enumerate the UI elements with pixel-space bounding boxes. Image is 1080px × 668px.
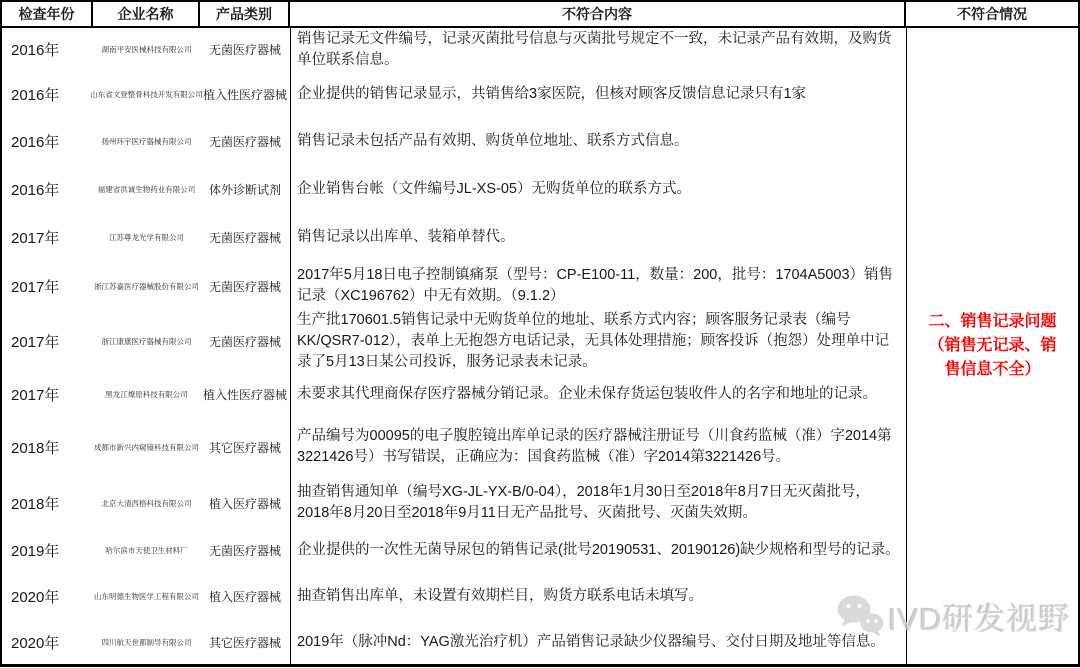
category-cell: 其它医疗器械 [200, 416, 290, 478]
table-row: 2019年哈尔滨市天使卫生材料厂无菌医疗器械企业提供的一次性无菌导尿包的销售记录… [2, 528, 906, 573]
company-cell-text: 山东明德生物医学工程有限公司 [94, 591, 199, 602]
category-cell: 无菌医疗器械 [200, 28, 290, 71]
company-cell: 黑龙江燎原科技有限公司 [93, 372, 200, 416]
company-cell-text: 哈尔滨市天使卫生材料厂 [105, 545, 188, 556]
table-row: 2016年扬州环宇医疗器械有限公司无菌医疗器械销售记录未包括产品有效期、购货单位… [2, 118, 906, 165]
year-cell-text: 2018年 [11, 493, 59, 514]
category-cell-text: 无菌医疗器械 [209, 542, 281, 559]
company-cell: 湖南平安医械科技有限公司 [93, 28, 200, 71]
year-cell: 2017年 [2, 311, 93, 372]
year-cell-text: 2017年 [11, 384, 59, 405]
year-cell: 2017年 [2, 213, 93, 261]
company-cell-text: 成都市新兴内窥镜科技有限公司 [94, 442, 199, 453]
company-cell-text: 福建省洪诚生物药业有限公司 [98, 184, 196, 195]
content-cell-text: 企业提供的销售记录显示，共销售给3家医院，但核对顾客反馈信息记录只有1家 [297, 84, 806, 105]
content-cell: 抽查销售通知单（编号XG-JL-YX-B/0-04），2018年1月30日至20… [290, 478, 906, 528]
category-cell-text: 无菌医疗器械 [209, 229, 281, 246]
category-cell-text: 无菌医疗器械 [209, 133, 281, 150]
header-label: 不符合内容 [562, 4, 632, 24]
year-cell: 2020年 [2, 573, 93, 620]
content-cell: 企业提供的一次性无菌导尿包的销售记录(批号20190531、20190126)缺… [290, 528, 906, 573]
content-cell: 生产批170601.5销售记录中无购货单位的地址、联系方式内容；顾客服务记录表（… [290, 311, 906, 372]
category-cell-text: 植入性医疗器械 [203, 386, 287, 403]
table-row: 2016年山东省文登整骨科技开发有限公司植入性医疗器械企业提供的销售记录显示，共… [2, 71, 906, 118]
header-label: 产品类别 [216, 4, 272, 24]
content-cell-text: 销售记录以出库单、装箱单替代。 [297, 227, 515, 248]
category-cell-text: 无菌医疗器械 [209, 41, 281, 58]
year-cell-text: 2018年 [11, 437, 59, 458]
content-cell: 销售记录以出库单、装箱单替代。 [290, 213, 906, 261]
table-body: 2016年湖南平安医械科技有限公司无菌医疗器械销售记录无文件编号，记录灭菌批号信… [2, 28, 1078, 664]
table-row: 2017年江苏尊龙光学有限公司无菌医疗器械销售记录以出库单、装箱单替代。 [2, 213, 906, 261]
category-cell-text: 体外诊断试剂 [209, 181, 281, 198]
year-cell: 2017年 [2, 261, 93, 311]
year-cell-text: 2017年 [11, 227, 59, 248]
company-cell-text: 浙江康康医疗器械有限公司 [102, 336, 192, 347]
company-cell: 山东省文登整骨科技开发有限公司 [93, 71, 200, 118]
content-cell-text: 抽查销售通知单（编号XG-JL-YX-B/0-04），2018年1月30日至20… [297, 482, 900, 524]
category-cell: 植入医疗器械 [200, 478, 290, 528]
company-cell: 浙江苏嘉医疗器械股份有限公司 [93, 261, 200, 311]
content-cell-text: 销售记录未包括产品有效期、购货单位地址、联系方式信息。 [297, 131, 689, 152]
category-cell-text: 其它医疗器械 [209, 634, 281, 651]
table-row: 2018年北京大清西格科技有限公司植入医疗器械抽查销售通知单（编号XG-JL-Y… [2, 478, 906, 528]
table-row: 2017年黑龙江燎原科技有限公司植入性医疗器械未要求其代理商保存医疗器械分销记录… [2, 372, 906, 416]
year-cell-text: 2019年 [11, 540, 59, 561]
table-row: 2020年四川航天世都制导有限公司其它医疗器械2019年（脉冲Nd：YAG激光治… [2, 620, 906, 664]
company-cell: 北京大清西格科技有限公司 [93, 478, 200, 528]
table-header-row: 检查年份 企业名称 产品类别 不符合内容 不符合情况 [2, 2, 1078, 28]
company-cell-text: 湖南平安医械科技有限公司 [102, 44, 192, 55]
company-cell-text: 四川航天世都制导有限公司 [102, 637, 192, 648]
content-cell: 2017年5月18日电子控制镇痛泵（型号：CP-E100-11，数量：200，批… [290, 261, 906, 311]
year-cell-text: 2017年 [11, 276, 59, 297]
summary-text: 二、销售记录问题（销售无记录、销售信息不全） [922, 310, 1064, 382]
company-cell: 成都市新兴内窥镜科技有限公司 [93, 416, 200, 478]
header-nonconformance-situation: 不符合情况 [906, 2, 1078, 26]
company-cell: 浙江康康医疗器械有限公司 [93, 311, 200, 372]
company-cell: 福建省洪诚生物药业有限公司 [93, 165, 200, 213]
year-cell-text: 2016年 [11, 179, 59, 200]
company-cell-text: 山东省文登整骨科技开发有限公司 [90, 89, 203, 100]
content-cell-text: 企业销售台帐（文件编号JL-XS-05）无购货单位的联系方式。 [297, 179, 691, 200]
header-label: 企业名称 [118, 4, 174, 24]
category-cell: 无菌医疗器械 [200, 261, 290, 311]
header-label: 不符合情况 [957, 4, 1027, 24]
year-cell: 2020年 [2, 620, 93, 664]
year-cell: 2016年 [2, 118, 93, 165]
year-cell: 2018年 [2, 478, 93, 528]
category-cell-text: 其它医疗器械 [209, 439, 281, 456]
content-cell: 产品编号为00095的电子腹腔镜出库单记录的医疗器械注册证号（川食药监械（准）字… [290, 416, 906, 478]
category-cell: 无菌医疗器械 [200, 528, 290, 573]
table-row: 2017年浙江苏嘉医疗器械股份有限公司无菌医疗器械2017年5月18日电子控制镇… [2, 261, 906, 311]
category-cell: 无菌医疗器械 [200, 118, 290, 165]
header-company-name: 企业名称 [93, 2, 200, 26]
table-row: 2016年湖南平安医械科技有限公司无菌医疗器械销售记录无文件编号，记录灭菌批号信… [2, 28, 906, 71]
header-nonconformance-content: 不符合内容 [290, 2, 906, 26]
content-cell-text: 未要求其代理商保存医疗器械分销记录。企业未保存货运包装收件人的名字和地址的记录。 [297, 384, 877, 405]
content-cell-text: 2019年（脉冲Nd：YAG激光治疗机）产品销售记录缺少仪器编号、交付日期及地址… [297, 632, 885, 653]
year-cell: 2016年 [2, 71, 93, 118]
header-inspection-year: 检查年份 [2, 2, 93, 26]
category-cell-text: 无菌医疗器械 [209, 333, 281, 350]
year-cell-text: 2016年 [11, 84, 59, 105]
table-row: 2017年浙江康康医疗器械有限公司无菌医疗器械生产批170601.5销售记录中无… [2, 311, 906, 372]
inspection-table: 检查年份 企业名称 产品类别 不符合内容 不符合情况 2016年湖南平安医械科技… [0, 0, 1080, 667]
year-cell-text: 2017年 [11, 331, 59, 352]
category-cell: 体外诊断试剂 [200, 165, 290, 213]
category-cell: 植入医疗器械 [200, 573, 290, 620]
company-cell-text: 浙江苏嘉医疗器械股份有限公司 [94, 281, 199, 292]
table-row: 2016年福建省洪诚生物药业有限公司体外诊断试剂企业销售台帐（文件编号JL-XS… [2, 165, 906, 213]
header-product-category: 产品类别 [200, 2, 290, 26]
year-cell-text: 2016年 [11, 131, 59, 152]
year-cell: 2016年 [2, 28, 93, 71]
content-cell: 企业提供的销售记录显示，共销售给3家医院，但核对顾客反馈信息记录只有1家 [290, 71, 906, 118]
content-cell-text: 生产批170601.5销售记录中无购货单位的地址、联系方式内容；顾客服务记录表（… [297, 310, 900, 373]
content-cell-text: 产品编号为00095的电子腹腔镜出库单记录的医疗器械注册证号（川食药监械（准）字… [297, 426, 900, 468]
content-cell: 抽查销售出库单，未设置有效期栏目，购货方联系电话未填写。 [290, 573, 906, 620]
category-cell-text: 植入医疗器械 [209, 588, 281, 605]
company-cell-text: 黑龙江燎原科技有限公司 [105, 389, 188, 400]
content-cell-text: 销售记录无文件编号，记录灭菌批号信息与灭菌批号规定不一致，未记录产品有效期，及购… [297, 29, 900, 71]
content-cell: 销售记录未包括产品有效期、购货单位地址、联系方式信息。 [290, 118, 906, 165]
category-cell-text: 无菌医疗器械 [209, 278, 281, 295]
content-cell-text: 企业提供的一次性无菌导尿包的销售记录(批号20190531、20190126)缺… [297, 540, 900, 561]
company-cell: 山东明德生物医学工程有限公司 [93, 573, 200, 620]
content-cell-text: 抽查销售出库单，未设置有效期栏目，购货方联系电话未填写。 [297, 586, 703, 607]
category-cell: 其它医疗器械 [200, 620, 290, 664]
year-cell-text: 2020年 [11, 632, 59, 653]
company-cell-text: 江苏尊龙光学有限公司 [109, 232, 184, 243]
company-cell: 四川航天世都制导有限公司 [93, 620, 200, 664]
category-cell: 无菌医疗器械 [200, 213, 290, 261]
category-cell: 植入性医疗器械 [200, 71, 290, 118]
content-cell: 未要求其代理商保存医疗器械分销记录。企业未保存货运包装收件人的名字和地址的记录。 [290, 372, 906, 416]
content-cell: 2019年（脉冲Nd：YAG激光治疗机）产品销售记录缺少仪器编号、交付日期及地址… [290, 620, 906, 664]
company-cell: 江苏尊龙光学有限公司 [93, 213, 200, 261]
content-cell: 销售记录无文件编号，记录灭菌批号信息与灭菌批号规定不一致，未记录产品有效期，及购… [290, 28, 906, 71]
category-cell-text: 植入性医疗器械 [203, 86, 287, 103]
year-cell: 2019年 [2, 528, 93, 573]
table-body-rows: 2016年湖南平安医械科技有限公司无菌医疗器械销售记录无文件编号，记录灭菌批号信… [2, 28, 906, 664]
category-cell: 植入性医疗器械 [200, 372, 290, 416]
company-cell: 哈尔滨市天使卫生材料厂 [93, 528, 200, 573]
year-cell: 2018年 [2, 416, 93, 478]
company-cell-text: 北京大清西格科技有限公司 [102, 498, 192, 509]
header-label: 检查年份 [19, 4, 75, 24]
company-cell: 扬州环宇医疗器械有限公司 [93, 118, 200, 165]
category-cell: 无菌医疗器械 [200, 311, 290, 372]
year-cell-text: 2020年 [11, 586, 59, 607]
year-cell: 2016年 [2, 165, 93, 213]
content-cell: 企业销售台帐（文件编号JL-XS-05）无购货单位的联系方式。 [290, 165, 906, 213]
category-cell-text: 植入医疗器械 [209, 495, 281, 512]
content-cell-text: 2017年5月18日电子控制镇痛泵（型号：CP-E100-11，数量：200，批… [297, 265, 900, 307]
table-row: 2020年山东明德生物医学工程有限公司植入医疗器械抽查销售出库单，未设置有效期栏… [2, 573, 906, 620]
year-cell-text: 2016年 [11, 39, 59, 60]
company-cell-text: 扬州环宇医疗器械有限公司 [102, 136, 192, 147]
table-row: 2018年成都市新兴内窥镜科技有限公司其它医疗器械产品编号为00095的电子腹腔… [2, 416, 906, 478]
year-cell: 2017年 [2, 372, 93, 416]
nonconformance-situation-column: 二、销售记录问题（销售无记录、销售信息不全） [906, 28, 1078, 664]
